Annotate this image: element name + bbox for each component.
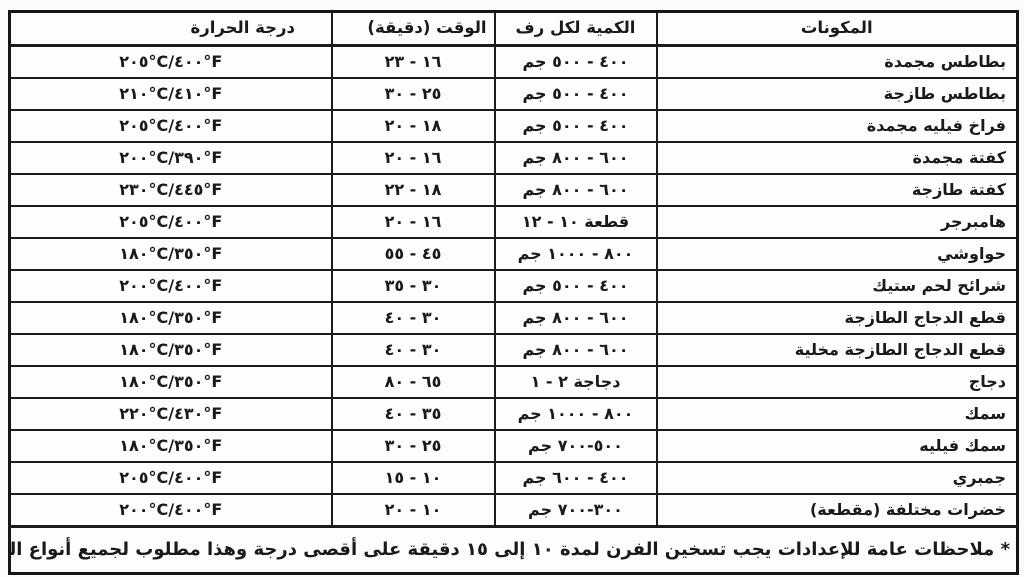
time-cell: ١٦ - ٢٣ (332, 46, 495, 79)
temperature-cell: ٢٠٠°C/٣٩٠°F (10, 142, 332, 174)
table-row: قطع الدجاج الطازجة مخلية٦٠٠ - ٨٠٠ جم٣٠ -… (10, 334, 1018, 366)
quantity-cell: ٨٠٠ - ١٠٠٠ جم (495, 398, 657, 430)
temperature-cell: ٢١٠°C/٤١٠°F (10, 78, 332, 110)
quantity-cell: قطعة ١٠ - ١٢ (495, 206, 657, 238)
temperature-cell: ١٨٠°C/٣٥٠°F (10, 366, 332, 398)
quantity-cell: ٤٠٠ - ٥٠٠ جم (495, 46, 657, 79)
table-row: بطاطس طازجة٤٠٠ - ٥٠٠ جم٢٥ - ٣٠٢١٠°C/٤١٠°… (10, 78, 1018, 110)
quantity-cell: ٨٠٠ - ١٠٠٠ جم (495, 238, 657, 270)
ingredient-cell: كفتة مجمدة (657, 142, 1018, 174)
ingredient-cell: سمك (657, 398, 1018, 430)
temperature-cell: ٢٠٥°C/٤٠٠°F (10, 462, 332, 494)
cooking-settings-table: المكونات الكمية لكل رف الوقت (دقيقة) درج… (8, 10, 1019, 575)
table-row: شرائح لحم ستيك٤٠٠ - ٥٠٠ جم٣٠ - ٣٥٢٠٠°C/٤… (10, 270, 1018, 302)
table-row: دجاجدجاجة ٢ - ١٦٥ - ٨٠١٨٠°C/٣٥٠°F (10, 366, 1018, 398)
time-cell: ١٨ - ٢٢ (332, 174, 495, 206)
temperature-cell: ٢٠٠°C/٤٠٠°F (10, 270, 332, 302)
footnote: * ملاحظات عامة للإعدادات يجب تسخين الفرن… (10, 527, 1018, 574)
column-header-temperature: درجة الحرارة (10, 12, 332, 46)
ingredient-cell: جمبري (657, 462, 1018, 494)
time-cell: ٣٠ - ٣٥ (332, 270, 495, 302)
ingredient-cell: قطع الدجاج الطازجة (657, 302, 1018, 334)
temperature-cell: ٢٠٠°C/٤٠٠°F (10, 494, 332, 527)
table-row: بطاطس مجمدة٤٠٠ - ٥٠٠ جم١٦ - ٢٣٢٠٥°C/٤٠٠°… (10, 46, 1018, 79)
table-header: المكونات الكمية لكل رف الوقت (دقيقة) درج… (10, 12, 1018, 46)
ingredient-cell: بطاطس طازجة (657, 78, 1018, 110)
table-row: قطع الدجاج الطازجة٦٠٠ - ٨٠٠ جم٣٠ - ٤٠١٨٠… (10, 302, 1018, 334)
column-header-ingredients: المكونات (657, 12, 1018, 46)
header-row: المكونات الكمية لكل رف الوقت (دقيقة) درج… (10, 12, 1018, 46)
ingredient-cell: فراخ فيليه مجمدة (657, 110, 1018, 142)
time-cell: ١٨ - ٢٠ (332, 110, 495, 142)
scanned-table-sheet: المكونات الكمية لكل رف الوقت (دقيقة) درج… (8, 10, 1019, 575)
quantity-cell: ٤٠٠ - ٥٠٠ جم (495, 270, 657, 302)
time-cell: ٣٥ - ٤٠ (332, 398, 495, 430)
table-body: بطاطس مجمدة٤٠٠ - ٥٠٠ جم١٦ - ٢٣٢٠٥°C/٤٠٠°… (10, 46, 1018, 527)
table-row: سمك فيليه٥٠٠-٧٠٠ جم٢٥ - ٣٠١٨٠°C/٣٥٠°F (10, 430, 1018, 462)
temperature-cell: ١٨٠°C/٣٥٠°F (10, 430, 332, 462)
ingredient-cell: قطع الدجاج الطازجة مخلية (657, 334, 1018, 366)
time-cell: ١٠ - ٢٠ (332, 494, 495, 527)
temperature-cell: ١٨٠°C/٣٥٠°F (10, 334, 332, 366)
temperature-cell: ٢٠٥°C/٤٠٠°F (10, 206, 332, 238)
time-cell: ٦٥ - ٨٠ (332, 366, 495, 398)
quantity-cell: ٦٠٠ - ٨٠٠ جم (495, 142, 657, 174)
ingredient-cell: كفتة طازجة (657, 174, 1018, 206)
table-row: حواوشي٨٠٠ - ١٠٠٠ جم٤٥ - ٥٥١٨٠°C/٣٥٠°F (10, 238, 1018, 270)
quantity-cell: ٣٠٠-٧٠٠ جم (495, 494, 657, 527)
footnote-row: * ملاحظات عامة للإعدادات يجب تسخين الفرن… (10, 527, 1018, 574)
table-row: سمك٨٠٠ - ١٠٠٠ جم٣٥ - ٤٠٢٢٠°C/٤٣٠°F (10, 398, 1018, 430)
ingredient-cell: بطاطس مجمدة (657, 46, 1018, 79)
time-cell: ٣٠ - ٤٠ (332, 302, 495, 334)
time-cell: ٢٥ - ٣٠ (332, 430, 495, 462)
temperature-cell: ٢٠٥°C/٤٠٠°F (10, 46, 332, 79)
table-row: هامبرجرقطعة ١٠ - ١٢١٦ - ٢٠٢٠٥°C/٤٠٠°F (10, 206, 1018, 238)
quantity-cell: دجاجة ٢ - ١ (495, 366, 657, 398)
temperature-cell: ٢٢٠°C/٤٣٠°F (10, 398, 332, 430)
ingredient-cell: سمك فيليه (657, 430, 1018, 462)
ingredient-cell: دجاج (657, 366, 1018, 398)
quantity-cell: ٤٠٠ - ٥٠٠ جم (495, 78, 657, 110)
time-cell: ١٦ - ٢٠ (332, 206, 495, 238)
quantity-cell: ٦٠٠ - ٨٠٠ جم (495, 302, 657, 334)
quantity-cell: ٦٠٠ - ٨٠٠ جم (495, 174, 657, 206)
time-cell: ١٦ - ٢٠ (332, 142, 495, 174)
temperature-cell: ٢٠٥°C/٤٠٠°F (10, 110, 332, 142)
quantity-cell: ٤٠٠ - ٥٠٠ جم (495, 110, 657, 142)
time-cell: ١٠ - ١٥ (332, 462, 495, 494)
temperature-cell: ١٨٠°C/٣٥٠°F (10, 238, 332, 270)
temperature-cell: ١٨٠°C/٣٥٠°F (10, 302, 332, 334)
time-cell: ٤٥ - ٥٥ (332, 238, 495, 270)
column-header-quantity: الكمية لكل رف (495, 12, 657, 46)
table-row: فراخ فيليه مجمدة٤٠٠ - ٥٠٠ جم١٨ - ٢٠٢٠٥°C… (10, 110, 1018, 142)
temperature-cell: ٢٣٠°C/٤٤٥°F (10, 174, 332, 206)
ingredient-cell: شرائح لحم ستيك (657, 270, 1018, 302)
ingredient-cell: هامبرجر (657, 206, 1018, 238)
table-row: خضرات مختلفة (مقطعة)٣٠٠-٧٠٠ جم١٠ - ٢٠٢٠٠… (10, 494, 1018, 527)
ingredient-cell: حواوشي (657, 238, 1018, 270)
table-row: كفتة مجمدة٦٠٠ - ٨٠٠ جم١٦ - ٢٠٢٠٠°C/٣٩٠°F (10, 142, 1018, 174)
ingredient-cell: خضرات مختلفة (مقطعة) (657, 494, 1018, 527)
table-row: جمبري٤٠٠ - ٦٠٠ جم١٠ - ١٥٢٠٥°C/٤٠٠°F (10, 462, 1018, 494)
time-cell: ٢٥ - ٣٠ (332, 78, 495, 110)
column-header-time: الوقت (دقيقة) (332, 12, 495, 46)
table-footer: * ملاحظات عامة للإعدادات يجب تسخين الفرن… (10, 527, 1018, 574)
time-cell: ٣٠ - ٤٠ (332, 334, 495, 366)
quantity-cell: ٦٠٠ - ٨٠٠ جم (495, 334, 657, 366)
table-row: كفتة طازجة٦٠٠ - ٨٠٠ جم١٨ - ٢٢٢٣٠°C/٤٤٥°F (10, 174, 1018, 206)
quantity-cell: ٤٠٠ - ٦٠٠ جم (495, 462, 657, 494)
quantity-cell: ٥٠٠-٧٠٠ جم (495, 430, 657, 462)
